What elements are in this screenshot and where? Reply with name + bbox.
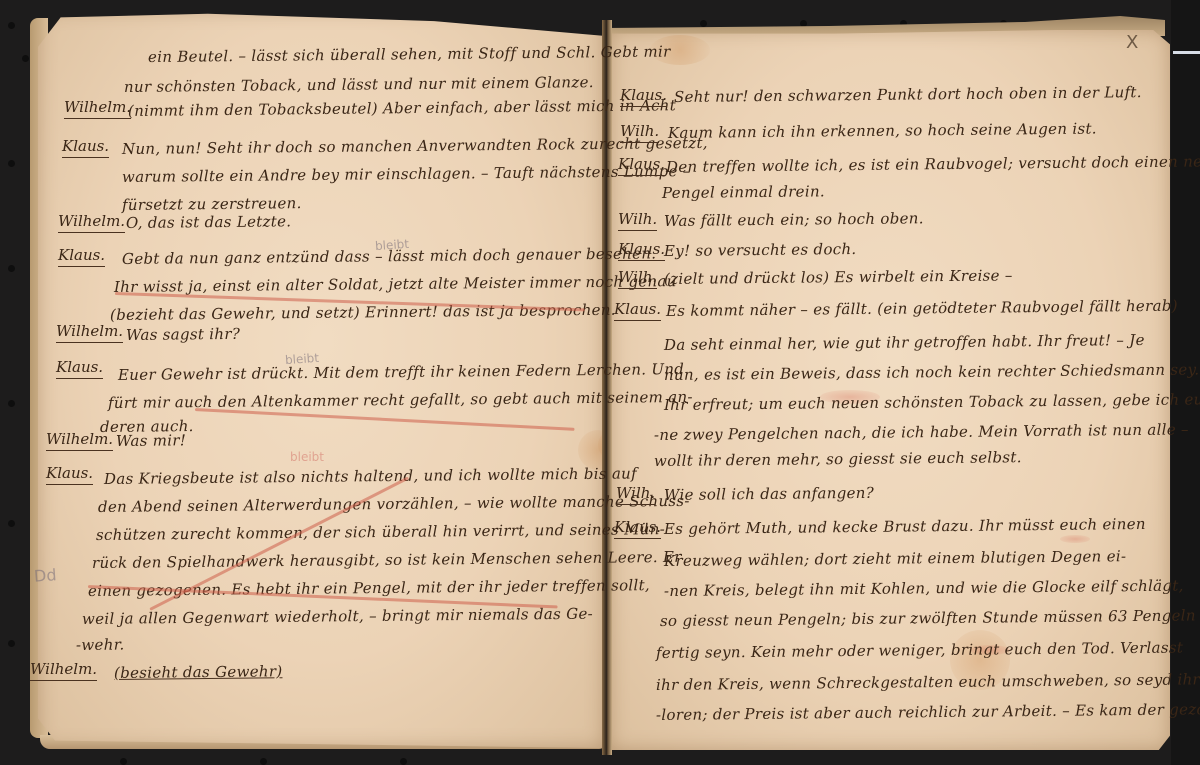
speaker-label: Klaus. [58,246,105,267]
pencil-annotation: bleibt [285,351,320,367]
speaker-label: Klaus. [62,137,109,158]
pencil-annotation: bleibt [375,237,410,253]
page-corner-mark: X [1126,32,1138,53]
margin-annotation: Dd [33,565,57,586]
open-manuscript-book: X ein Beutel. – lässt sich überall sehen… [0,0,1200,765]
manuscript-line: -wehr. [76,635,125,654]
manuscript-line: O, das ist das Letzte. [126,212,291,232]
manuscript-line: Was fällt euch ein; so hoch oben. [664,209,924,230]
manuscript-line: Pengel einmal drein. [662,182,825,202]
speaker-label: Wilhelm. [56,322,123,343]
manuscript-line: Ey! so versucht es doch. [664,240,857,260]
speaker-label: Klaus. [618,155,665,176]
speaker-label: Wilhelm. [46,430,113,451]
scale-marker [1173,51,1200,54]
speaker-label: Wilh. [620,122,659,143]
speaker-label: Klaus. [614,300,661,321]
red-pencil-annotation: bleibt [290,450,324,464]
manuscript-line: (zielt und drückt los) Es wirbelt ein Kr… [664,266,1013,288]
manuscript-line: Was mir! [116,431,186,450]
manuscript-line: (besieht das Gewehr) [114,662,283,682]
speaker-label: Klaus. [614,518,661,539]
speaker-label: Wilh. [618,268,657,289]
speaker-label: Wilhelm. [64,98,131,119]
manuscript-line: wollt ihr deren mehr, so giesst sie euch… [654,448,1022,470]
speaker-label: Wilhelm. [30,660,97,681]
speaker-label: Klaus. [620,86,667,107]
speaker-label: Klaus. [56,358,103,379]
manuscript-line: Was sagst ihr? [126,325,240,344]
manuscript-line: fürsetzt zu zerstreuen. [122,194,302,214]
red-smudge [1060,535,1090,543]
manuscript-line: Wie soll ich das anfangen? [664,484,874,504]
speaker-label: Klaus. [46,464,93,485]
speaker-label: Wilhelm. [58,212,125,233]
speaker-label: Wilh. [618,210,657,231]
speaker-label: Klaus. [618,240,665,261]
book-gutter [602,20,612,755]
speaker-label: Wilh. [616,484,655,505]
